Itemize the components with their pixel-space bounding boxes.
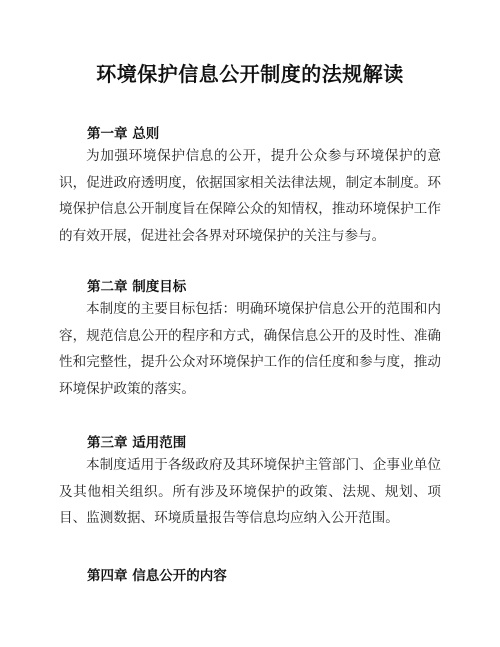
section-body-3: 本制度适用于各级政府及其环境保护主管部门、企事业单位及其他相关组织。所有涉及环境…	[59, 452, 441, 532]
section-heading-1: 第一章 总则	[87, 122, 159, 142]
section-body-1: 为加强环境保护信息的公开，提升公众参与环境保护的意识，促进政府透明度，依据国家相…	[59, 143, 441, 249]
section-heading-3: 第三章 适用范围	[87, 431, 186, 451]
document-page: 环境保护信息公开制度的法规解读 第一章 总则 为加强环境保护信息的公开，提升公众…	[0, 0, 500, 647]
section-body-2: 本制度的主要目标包括：明确环境保护信息公开的范围和内容，规范信息公开的程序和方式…	[59, 296, 441, 402]
section-heading-2: 第二章 制度目标	[87, 275, 186, 295]
section-heading-4: 第四章 信息公开的内容	[87, 564, 227, 584]
document-title: 环境保护信息公开制度的法规解读	[0, 58, 500, 87]
